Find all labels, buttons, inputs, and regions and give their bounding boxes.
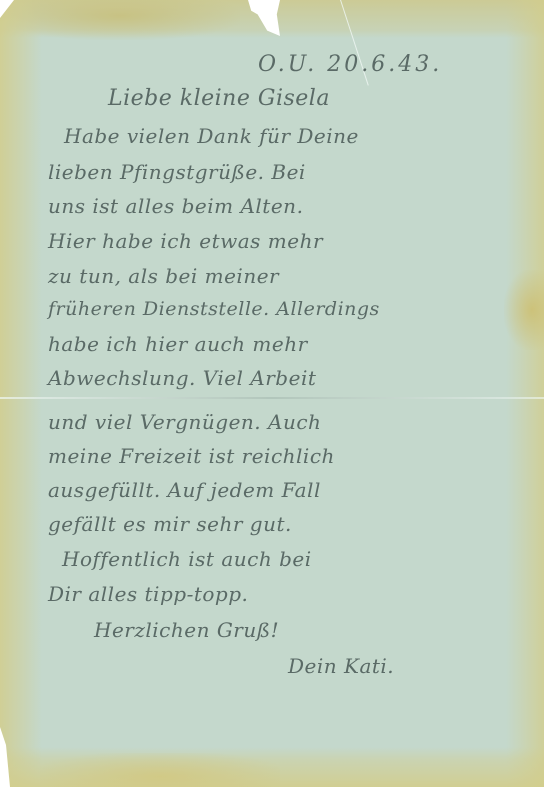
letter-closing: Herzlichen Gruß!: [94, 618, 279, 642]
paper-corner: [0, 0, 14, 18]
letter-line: und viel Vergnügen. Auch: [48, 410, 321, 434]
paper-stain-right: [506, 0, 544, 787]
letter-line: meine Freizeit ist reichlich: [48, 444, 335, 468]
letter-line: Abwechslung. Viel Arbeit: [48, 366, 316, 390]
letter-line: habe ich hier auch mehr: [48, 332, 308, 356]
letter-line: gefällt es mir sehr gut.: [48, 512, 292, 536]
letter-signature: Dein Kati.: [288, 654, 394, 678]
paper-stain-bottom: [0, 747, 544, 787]
paper-edge: [0, 727, 10, 787]
letter-page: O.U. 20.6.43. Liebe kleine Gisela Habe v…: [0, 0, 544, 787]
letter-line: ausgefüllt. Auf jedem Fall: [48, 478, 321, 502]
letter-line: zu tun, als bei meiner: [48, 264, 279, 288]
letter-line: früheren Dienststelle. Allerdings: [48, 298, 380, 320]
paper-stain-bottom-left: [40, 753, 280, 787]
paper-fold-line: [0, 397, 544, 399]
letter-line: uns ist alles beim Alten.: [48, 194, 303, 218]
letter-line: Hier habe ich etwas mehr: [48, 229, 323, 253]
paper-tear: [248, 0, 280, 36]
letter-date: O.U. 20.6.43.: [258, 52, 442, 77]
letter-line: Dir alles tipp-topp.: [48, 582, 248, 606]
letter-line: lieben Pfingstgrüße. Bei: [48, 160, 306, 184]
letter-line: Habe vielen Dank für Deine: [64, 124, 359, 148]
letter-salutation: Liebe kleine Gisela: [108, 86, 330, 111]
letter-line: Hoffentlich ist auch bei: [62, 547, 312, 571]
paper-stain-left: [0, 0, 42, 787]
paper-stain-top-left: [0, 0, 240, 40]
paper-stain-right-mid: [504, 270, 544, 350]
